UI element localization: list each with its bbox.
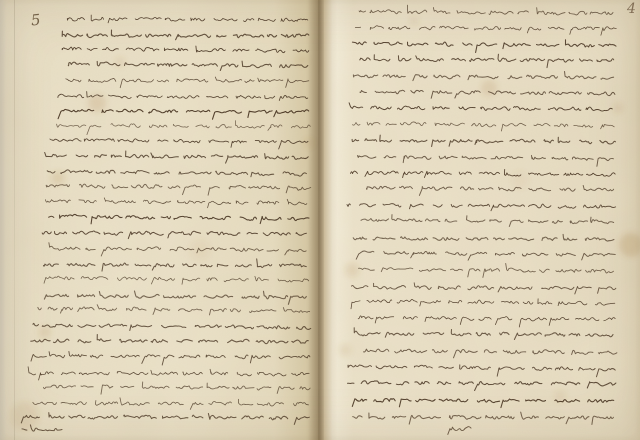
page-right <box>318 0 640 440</box>
folio-number-right: 4 <box>627 2 636 16</box>
page-left <box>0 0 318 440</box>
folio-number-left: 5 <box>30 13 41 29</box>
manuscript-scan: 5 4 <box>0 0 640 440</box>
